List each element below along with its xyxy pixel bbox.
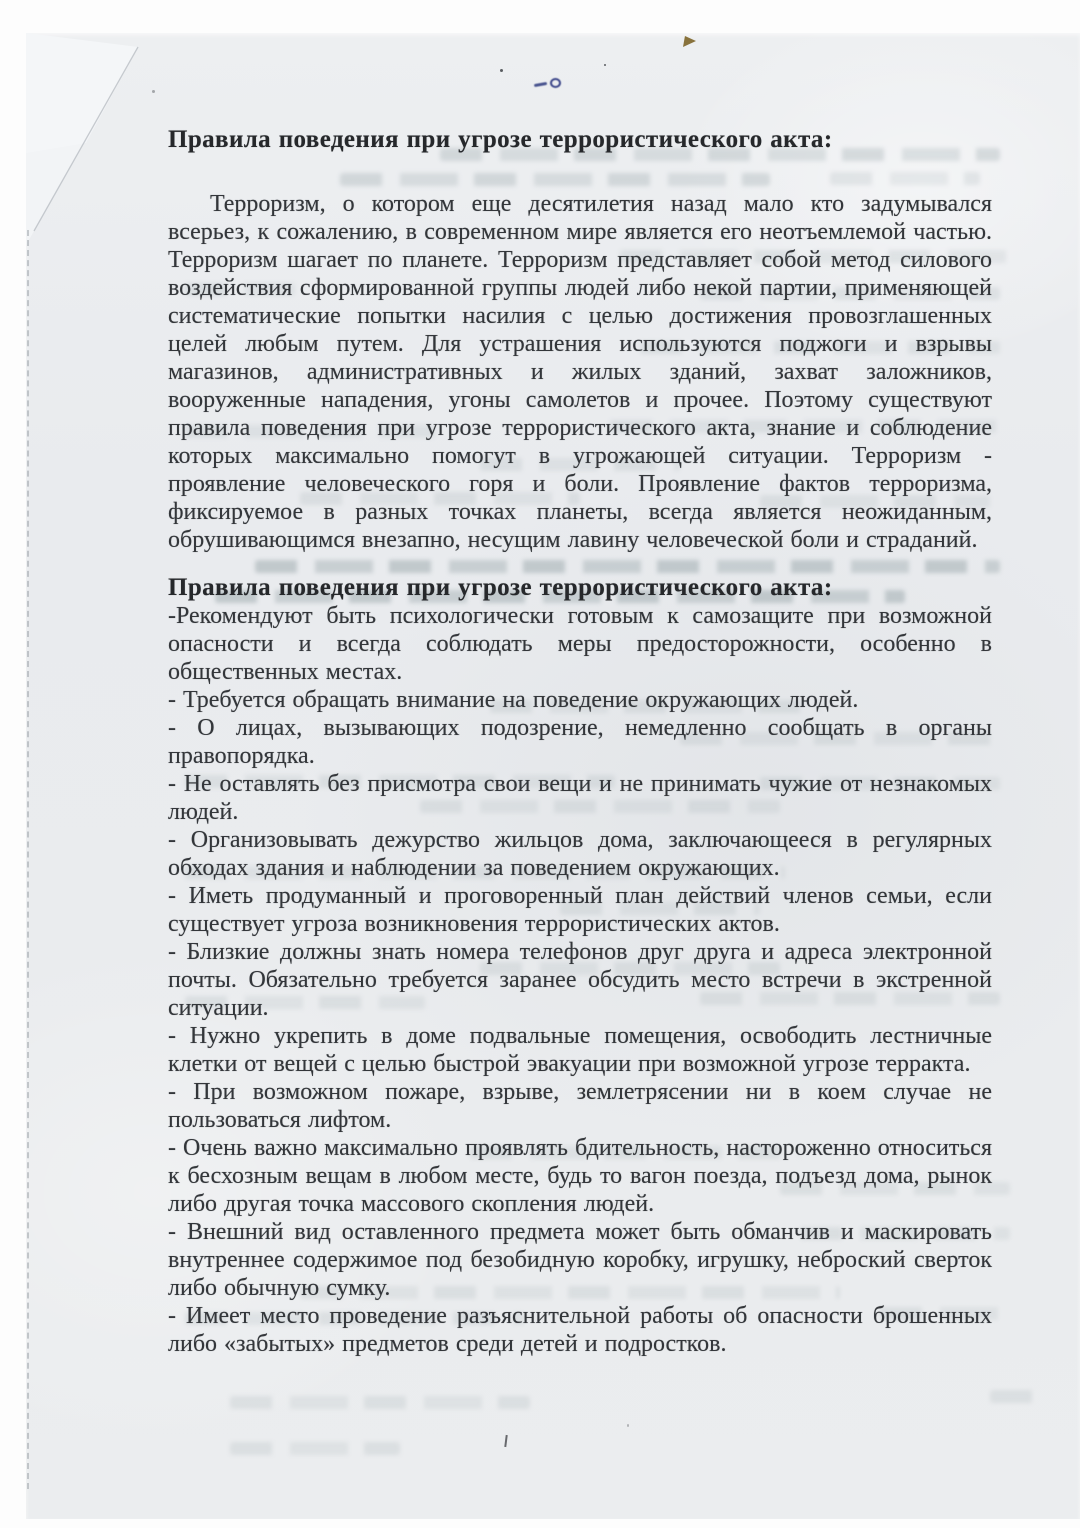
paper-sheet: Правила поведения при угрозе террористич… [26, 33, 1080, 1519]
pen-mark [504, 1435, 507, 1447]
page-edge-dashed-line [27, 230, 29, 1489]
rule-item: - Не оставлять без присмотра свои вещи и… [168, 770, 992, 826]
page-fold-artifact [26, 33, 158, 245]
rule-item: - Имеет место проведение разъяснительной… [168, 1302, 992, 1358]
rule-item: - О лицах, вызывающих подозрение, немедл… [168, 714, 992, 770]
document-text-column: Правила поведения при угрозе террористич… [168, 126, 992, 1358]
dust-speck [627, 1424, 629, 1427]
ink-speck [534, 82, 547, 87]
rule-item: - Очень важно максимально проявлять бдит… [168, 1134, 992, 1218]
rule-item: - Иметь продуманный и проговоренный план… [168, 882, 992, 938]
dirt-speck [683, 36, 696, 47]
rule-item: - Нужно укрепить в доме подвальные помещ… [168, 1022, 992, 1078]
bleedthrough-smudge [230, 1442, 400, 1455]
rules-section-heading: Правила поведения при угрозе террористич… [168, 574, 992, 602]
bleedthrough-smudge [230, 1396, 530, 1409]
intro-paragraph: Терроризм, о котором еще десятилетия наз… [168, 190, 992, 554]
scanned-document-page: Правила поведения при угрозе террористич… [0, 0, 1080, 1528]
rule-item: - Требуется обращать внимание на поведен… [168, 686, 992, 714]
dust-speck [604, 64, 606, 66]
dust-speck [152, 90, 155, 93]
rule-item: -Рекомендуют быть психологически готовым… [168, 602, 992, 686]
rule-item: - При возможном пожаре, взрыве, землетря… [168, 1078, 992, 1134]
dust-speck [500, 69, 503, 72]
document-title: Правила поведения при угрозе террористич… [168, 126, 992, 154]
rule-item: - Близкие должны знать номера телефонов … [168, 938, 992, 1022]
bleedthrough-smudge [990, 1390, 1045, 1403]
rule-item: - Организовывать дежурство жильцов дома,… [168, 826, 992, 882]
rule-item: - Внешний вид оставленного предмета може… [168, 1218, 992, 1302]
ink-speck [550, 78, 561, 88]
